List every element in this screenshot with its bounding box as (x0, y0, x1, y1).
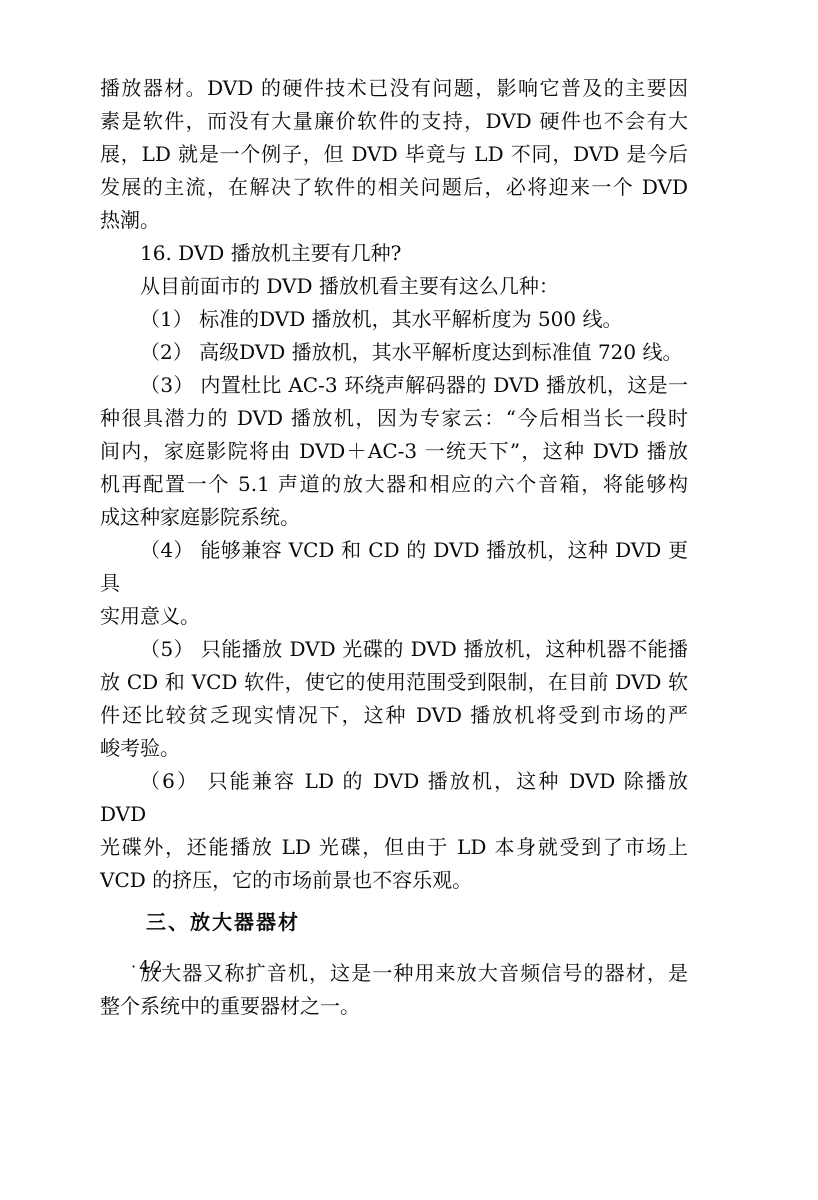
text-line: （3） 内置杜比 AC-3 环绕声解码器的 DVD 播放机，这是一 (100, 369, 688, 402)
text-line: 光碟外，还能播放 LD 光碟，但由于 LD 本身就受到了市场上 (100, 831, 688, 864)
text-line: 播放器材。DVD 的硬件技术已没有问题，影响它普及的主要因 (100, 72, 688, 105)
para-amplifier-intro: 放大器又称扩音机，这是一种用来放大音频信号的器材，是整个系统中的重要器材之一。 (100, 957, 688, 1023)
text-line: 热潮。 (100, 204, 688, 237)
scanned-book-page: 播放器材。DVD 的硬件技术已没有问题，影响它普及的主要因素是软件，而没有大量廉… (0, 0, 818, 1200)
text-line: （4） 能够兼容 VCD 和 CD 的 DVD 播放机，这种 DVD 更具 (100, 534, 688, 600)
text-line: 展，LD 就是一个例子，但 DVD 毕竟与 LD 不同，DVD 是今后 (100, 138, 688, 171)
para-dvd-outlook: 播放器材。DVD 的硬件技术已没有问题，影响它普及的主要因素是软件，而没有大量廉… (100, 72, 688, 237)
text-line: 素是软件，而没有大量廉价软件的支持，DVD 硬件也不会有大 (100, 105, 688, 138)
text-block: 播放器材。DVD 的硬件技术已没有问题，影响它普及的主要因素是软件，而没有大量廉… (100, 72, 688, 1023)
section-heading-amplifier: 三、放大器器材 (100, 906, 688, 939)
text-line: （2） 高级DVD 播放机，其水平解析度达到标准值 720 线。 (100, 336, 688, 369)
text-line: 整个系统中的重要器材之一。 (100, 990, 688, 1023)
text-line: 种很具潜力的 DVD 播放机，因为专家云：“今后相当长一段时 (100, 402, 688, 435)
para-intro-types: 从目前面市的 DVD 播放机看主要有这么几种： (100, 270, 688, 303)
item-3: （3） 内置杜比 AC-3 环绕声解码器的 DVD 播放机，这是一种很具潜力的 … (100, 369, 688, 534)
text-line: （5） 只能播放 DVD 光碟的 DVD 播放机，这种机器不能播 (100, 633, 688, 666)
item-5: （5） 只能播放 DVD 光碟的 DVD 播放机，这种机器不能播放 CD 和 V… (100, 633, 688, 765)
text-line: （6） 只能兼容 LD 的 DVD 播放机，这种 DVD 除播放 DVD (100, 765, 688, 831)
text-line: （1） 标准的DVD 播放机，其水平解析度为 500 线。 (100, 303, 688, 336)
text-line: 从目前面市的 DVD 播放机看主要有这么几种： (100, 270, 688, 303)
item-4: （4） 能够兼容 VCD 和 CD 的 DVD 播放机，这种 DVD 更具实用意… (100, 534, 688, 633)
text-line: 峻考验。 (100, 732, 688, 765)
text-line: 放 CD 和 VCD 软件，使它的使用范围受到限制，在目前 DVD 软 (100, 666, 688, 699)
text-line: 成这种家庭影院系统。 (100, 501, 688, 534)
text-line: VCD 的挤压，它的市场前景也不容乐观。 (100, 864, 688, 897)
item-2: （2） 高级DVD 播放机，其水平解析度达到标准值 720 线。 (100, 336, 688, 369)
text-line: 放大器又称扩音机，这是一种用来放大音频信号的器材，是 (100, 957, 688, 990)
item-1: （1） 标准的DVD 播放机，其水平解析度为 500 线。 (100, 303, 688, 336)
page-number: ·42· (131, 957, 174, 976)
text-line: 机再配置一个 5.1 声道的放大器和相应的六个音箱，将能够构 (100, 468, 688, 501)
text-line: 16. DVD 播放机主要有几种? (100, 237, 688, 270)
text-line: 间内，家庭影院将由 DVD＋AC-3 一统天下”，这种 DVD 播放 (100, 435, 688, 468)
question-16: 16. DVD 播放机主要有几种? (100, 237, 688, 270)
text-line: 件还比较贫乏现实情况下，这种 DVD 播放机将受到市场的严 (100, 699, 688, 732)
item-6: （6） 只能兼容 LD 的 DVD 播放机，这种 DVD 除播放 DVD光碟外，… (100, 765, 688, 897)
text-line: 发展的主流，在解决了软件的相关问题后，必将迎来一个 DVD (100, 171, 688, 204)
text-line: 三、放大器器材 (100, 906, 688, 939)
text-line: 实用意义。 (100, 600, 688, 633)
